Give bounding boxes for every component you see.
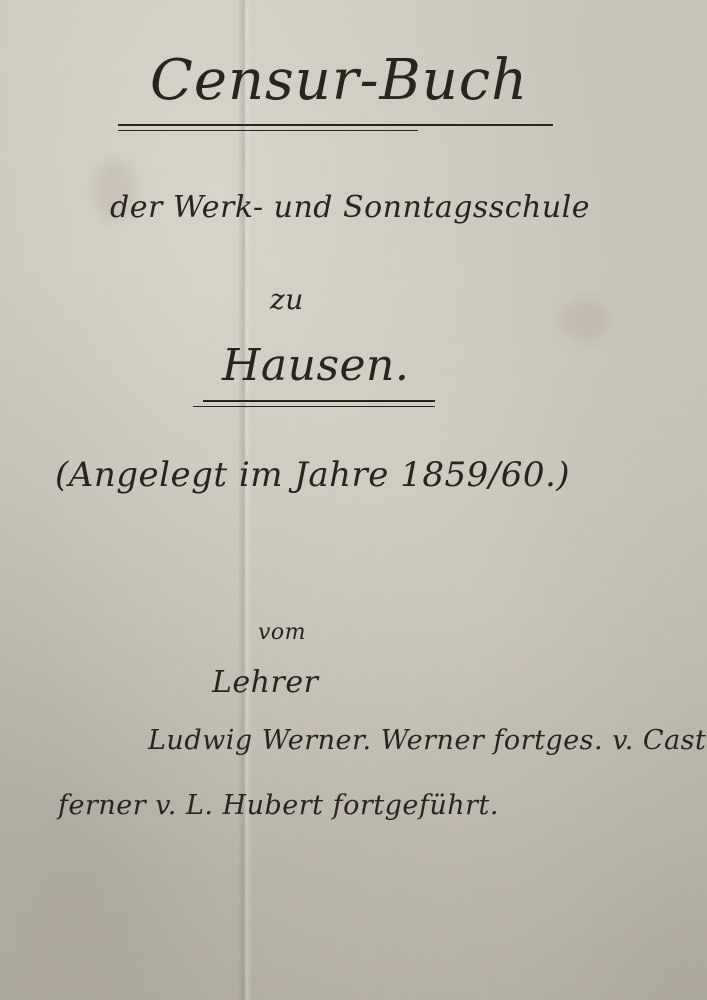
place-underline — [203, 400, 435, 402]
paper-page — [0, 0, 707, 1000]
role-text: Lehrer — [212, 665, 318, 700]
teacher-line: Ludwig Werner. Werner fortges. v. Casto — [148, 725, 707, 756]
created-note: (Angelegt im Jahre 1859/60.) — [55, 455, 570, 495]
title-underline-secondary — [118, 130, 418, 131]
title-underline — [118, 124, 553, 126]
document-subtitle: der Werk- und Sonntagsschule — [110, 190, 590, 225]
place-underline-secondary — [193, 406, 435, 407]
paper-stain — [560, 300, 610, 340]
preposition-text: zu — [270, 283, 304, 316]
paper-fold-line — [238, 0, 252, 1000]
place-name: Hausen. — [222, 340, 409, 391]
continuation-line: ferner v. L. Hubert fortgeführt. — [58, 790, 499, 821]
document-title: Censur-Buch — [150, 48, 528, 113]
by-text: vom — [258, 620, 306, 645]
